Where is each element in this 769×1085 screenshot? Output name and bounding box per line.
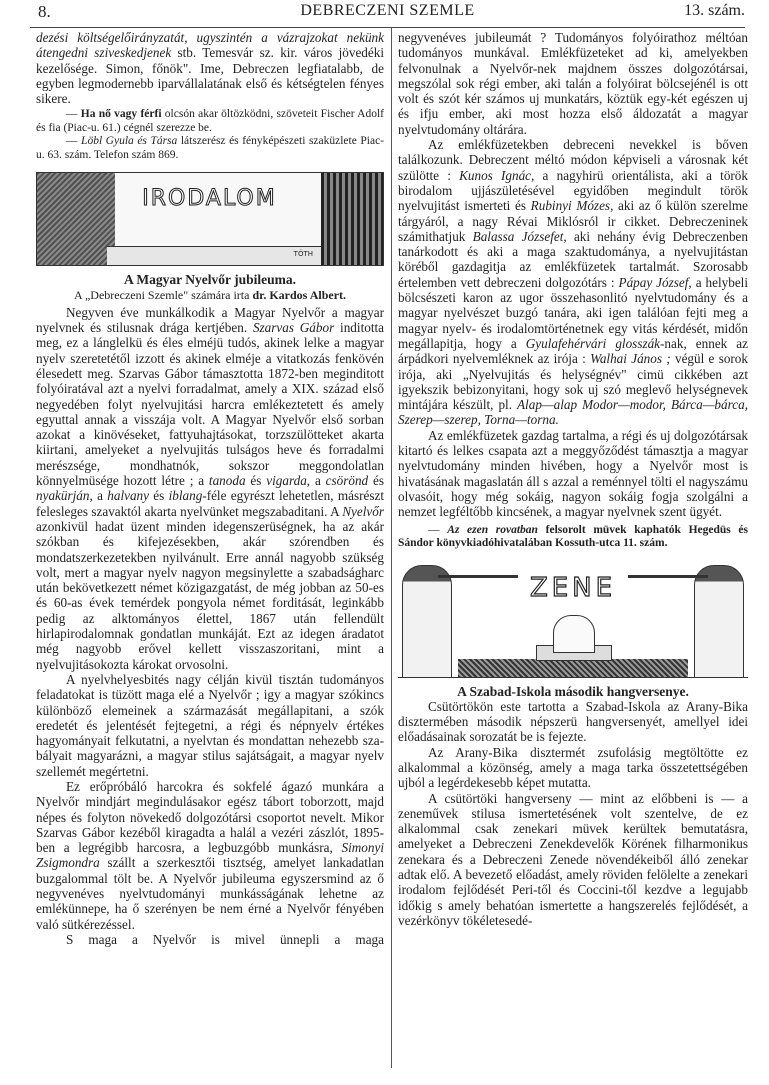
article-paragraph: Az emlékfüzetek gazdag tartalma, a régi …: [398, 428, 748, 520]
text-run: inditotta meg, ez a lánglelkü és éles el…: [36, 320, 384, 488]
right-column: negyvenéves jubileumát ? Tudományos foly…: [398, 30, 748, 928]
ad-italic: Az ezen rovatban: [447, 524, 538, 536]
article-paragraph: S maga a Nyelvőr is mivel ünnepli a maga: [36, 932, 384, 947]
advert-fischer: — Ha nő vagy férfi olcsón akar öltözködn…: [36, 108, 384, 135]
trumpet-right: [628, 575, 708, 578]
header-rule: [30, 27, 745, 28]
byline-prefix: A „Debreczeni Szemle" számára irta: [74, 288, 252, 302]
bookshelf-illustration: [321, 173, 383, 265]
article-paragraph: Az Arany-Bika disztermét zsufolásig megt…: [398, 745, 748, 791]
desk-illustration: [107, 246, 323, 265]
article-paragraph: Ez erőpróbáló harcokra és sokfelé ágazó …: [36, 779, 384, 932]
italic-run: csörönd: [326, 473, 369, 488]
ad-bold: Ha nő vagy férfi: [81, 108, 162, 120]
ad-dash: —: [66, 108, 81, 120]
column-divider: [391, 28, 392, 1068]
article-paragraph: Csütörtökön este tartotta a Szabad-Iskol…: [398, 699, 748, 745]
reading-man-illustration: [37, 173, 115, 265]
text-run: , a: [307, 473, 326, 488]
ad-dash: —: [428, 524, 447, 536]
article-paragraph: negyvenéves jubileumát ? Tudományos foly…: [398, 30, 748, 137]
byline-author: dr. Kardos Albert.: [252, 288, 346, 302]
text-run: azonkivül hadat üzent minden idegenszerü…: [36, 519, 384, 672]
italic-run: vigarda: [266, 473, 307, 488]
italic-run: iblang: [169, 488, 203, 503]
page-header: 8. DEBRECZENI SZEMLE 13. szám.: [30, 0, 745, 28]
article-paragraph: Negyven éve munkálkodik a Magyar Nyelvőr…: [36, 305, 384, 672]
italic-run: Rubinyi Mózes: [531, 198, 610, 213]
intro-paragraph: dezési költségelőirányzatát, ugyszintén …: [36, 30, 384, 106]
article-paragraph: A csütörtöki hangverseny — mint az előbb…: [398, 791, 748, 929]
advert-hegedus-sandor: — Az ezen rovatban felsorolt müvek kapha…: [398, 524, 748, 551]
irodalom-banner-illustration: IRODALOM TÓTH: [36, 172, 384, 266]
text-run: és: [246, 473, 267, 488]
article-paragraph: Az emlékfüzetekben debreceni nevekkel is…: [398, 137, 748, 428]
italic-run: halvany: [107, 488, 149, 503]
italic-run: Gyulafehérvári glosszák: [526, 336, 660, 351]
italic-run: Szarvas Gábor: [253, 320, 334, 335]
artist-signature: TÓTH: [294, 247, 313, 262]
italic-run: nyakürján: [36, 488, 89, 503]
italic-run: Pápay József: [619, 275, 689, 290]
issue-number: 13. szám.: [684, 2, 745, 20]
text-run: Ez erőpróbáló harcokra és sokfelé ágazó …: [36, 779, 384, 855]
advert-lobl: — Löbl Gyula és Társa látszerész és fény…: [36, 135, 384, 162]
article-paragraph: A nyelvhelyesbités nagy célján kivül tis…: [36, 672, 384, 779]
banner-title: IRODALOM: [142, 191, 277, 206]
italic-run: tanoda: [209, 473, 246, 488]
article-headline: A Magyar Nyelvőr jubileuma.: [36, 272, 384, 287]
text-run: és: [368, 473, 384, 488]
mound-illustration: [553, 615, 595, 653]
ground-illustration: [458, 659, 688, 677]
left-column: dezési költségelőirányzatát, ugyszintén …: [36, 30, 384, 947]
article-headline: A Szabad-Iskola második hangversenye.: [398, 684, 748, 699]
trumpet-left: [438, 575, 518, 578]
italic-run: Walhai János ;: [590, 351, 671, 366]
ad-italic: Löbl Gyula és Társa: [81, 135, 177, 147]
italic-run: Kunos Ignác: [459, 168, 531, 183]
text-run: és: [149, 488, 169, 503]
italic-run: Balassa Józsefet: [473, 229, 564, 244]
italic-run: Nyelvőr: [342, 504, 384, 519]
text-run: , a: [89, 488, 107, 503]
publication-title: DEBRECZENI SZEMLE: [30, 2, 745, 20]
zene-banner-illustration: ZENE: [398, 559, 748, 678]
banner-title: ZENE: [398, 581, 748, 596]
article-byline: A „Debreczeni Szemle" számára irta dr. K…: [36, 288, 384, 302]
ad-dash: —: [66, 135, 81, 147]
